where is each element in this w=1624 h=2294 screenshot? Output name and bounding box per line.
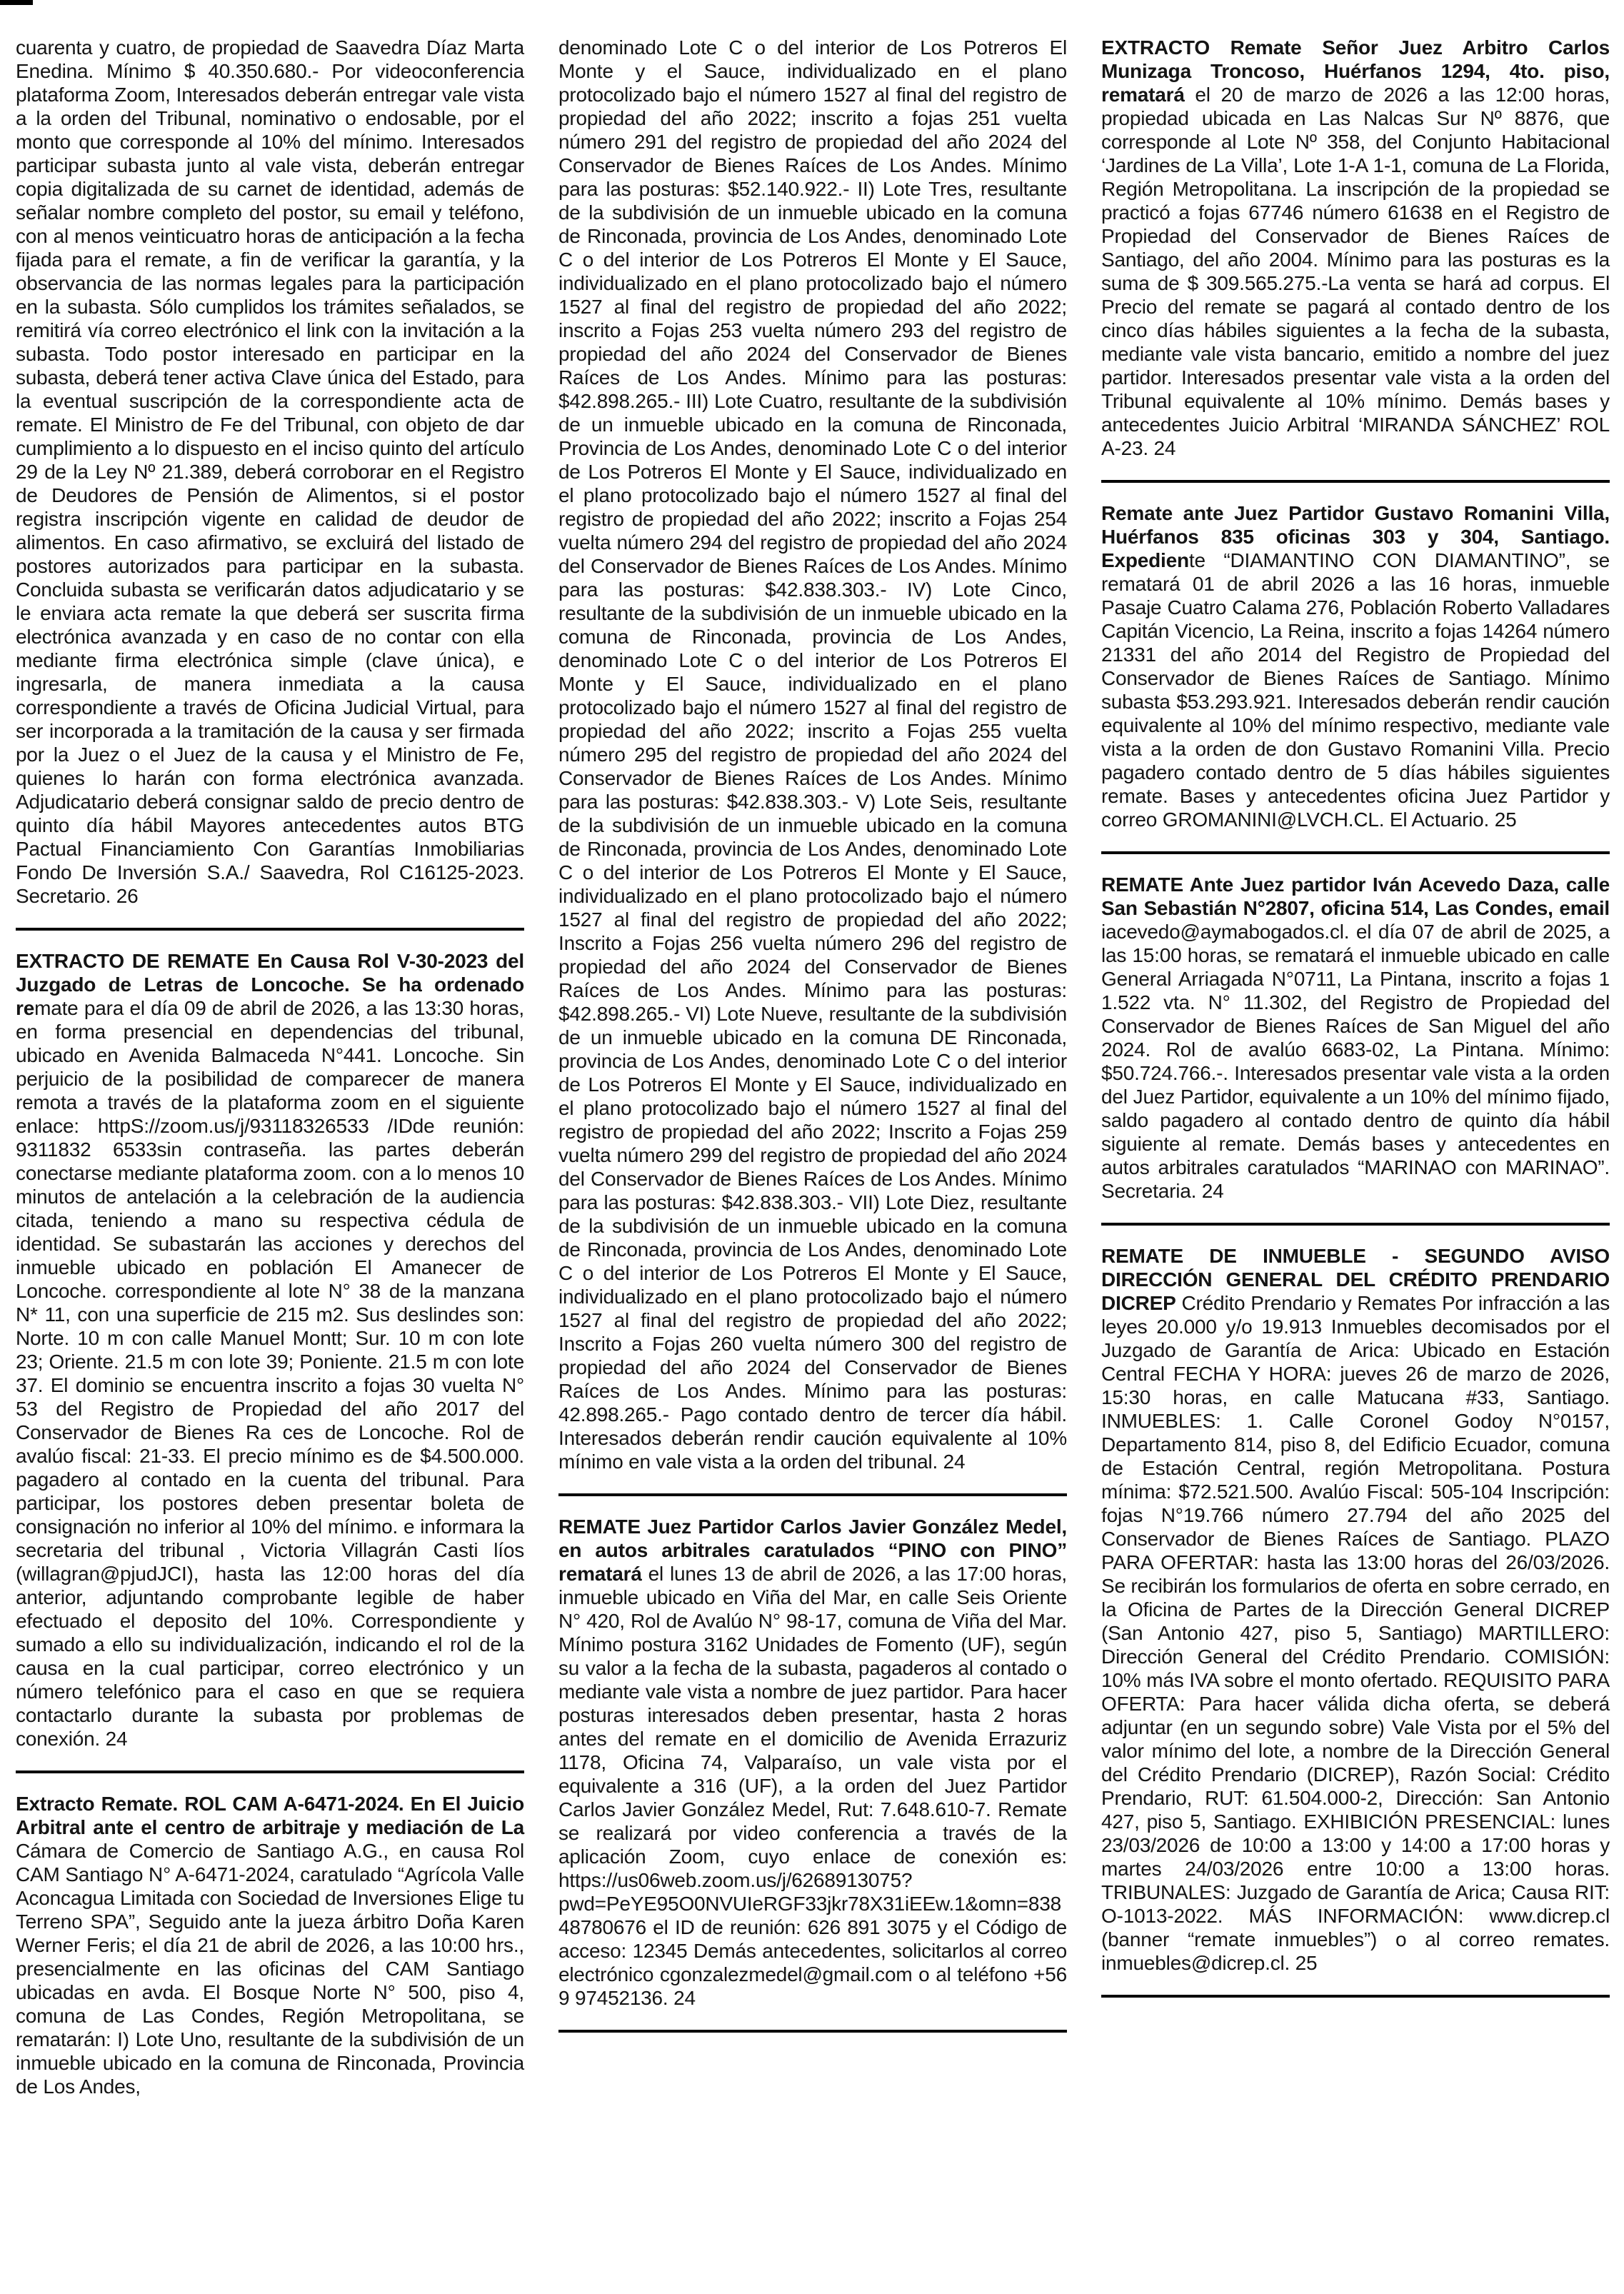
- ad-separator: [1101, 1223, 1610, 1226]
- column-1: cuarenta y cuatro, de propiedad de Saave…: [16, 0, 524, 2098]
- classified-ad: EXTRACTO Remate Señor Juez Arbitro Carlo…: [1101, 36, 1610, 460]
- ad-separator: [1101, 1995, 1610, 1998]
- newspaper-classifieds-page: cuarenta y cuatro, de propiedad de Saave…: [0, 0, 1624, 2294]
- ad-body: el 20 de marzo de 2026 a las 12:00 horas…: [1101, 84, 1610, 459]
- classified-ad: REMATE Ante Juez partidor Iván Acevedo D…: [1101, 873, 1610, 1203]
- ad-body: cuarenta y cuatro, de propiedad de Saave…: [16, 36, 524, 907]
- classified-ad: Remate ante Juez Partidor Gustavo Romani…: [1101, 501, 1610, 831]
- classified-ad: REMATE DE INMUEBLE - SEGUNDO AVISO DIREC…: [1101, 1244, 1610, 1975]
- ad-body: mate para el día 09 de abril de 2026, a …: [16, 997, 524, 1750]
- ad-separator: [16, 1770, 524, 1773]
- ad-separator: [558, 1493, 1067, 1496]
- ad-separator: [1101, 480, 1610, 483]
- column-3: EXTRACTO Remate Señor Juez Arbitro Carlo…: [1101, 0, 1610, 2016]
- classified-ad: REMATE Juez Partidor Carlos Javier Gonzá…: [558, 1515, 1067, 2010]
- ad-lead: REMATE Ante Juez partidor Iván Acevedo D…: [1101, 873, 1610, 919]
- classified-ad: EXTRACTO DE REMATE En Causa Rol V-30-202…: [16, 949, 524, 1750]
- classified-ad: cuarenta y cuatro, de propiedad de Saave…: [16, 36, 524, 908]
- classified-ad: Extracto Remate. ROL CAM A-6471-2024. En…: [16, 1792, 524, 2098]
- ad-separator: [558, 2030, 1067, 2033]
- ad-body: te “DIAMANTINO CON DIAMANTINO”, se remat…: [1101, 549, 1610, 831]
- column-2: denominado Lote C o del interior de Los …: [558, 0, 1067, 2051]
- classified-ad: denominado Lote C o del interior de Los …: [558, 36, 1067, 1473]
- ad-separator: [16, 928, 524, 931]
- ad-lead: Extracto Remate. ROL CAM A-6471-2024. En…: [16, 1793, 524, 1838]
- ad-body: Crédito Prendario y Remates Por infracci…: [1101, 1292, 1610, 1974]
- ad-body: denominado Lote C o del interior de Los …: [558, 36, 1067, 1473]
- ad-body: Cámara de Comercio de Santiago A.G., en …: [16, 1840, 524, 2098]
- ad-body: el lunes 13 de abril de 2026, a las 17:0…: [558, 1563, 1067, 2009]
- ad-body: iacevedo@aymabogados.cl. el día 07 de ab…: [1101, 921, 1610, 1202]
- ad-separator: [1101, 851, 1610, 854]
